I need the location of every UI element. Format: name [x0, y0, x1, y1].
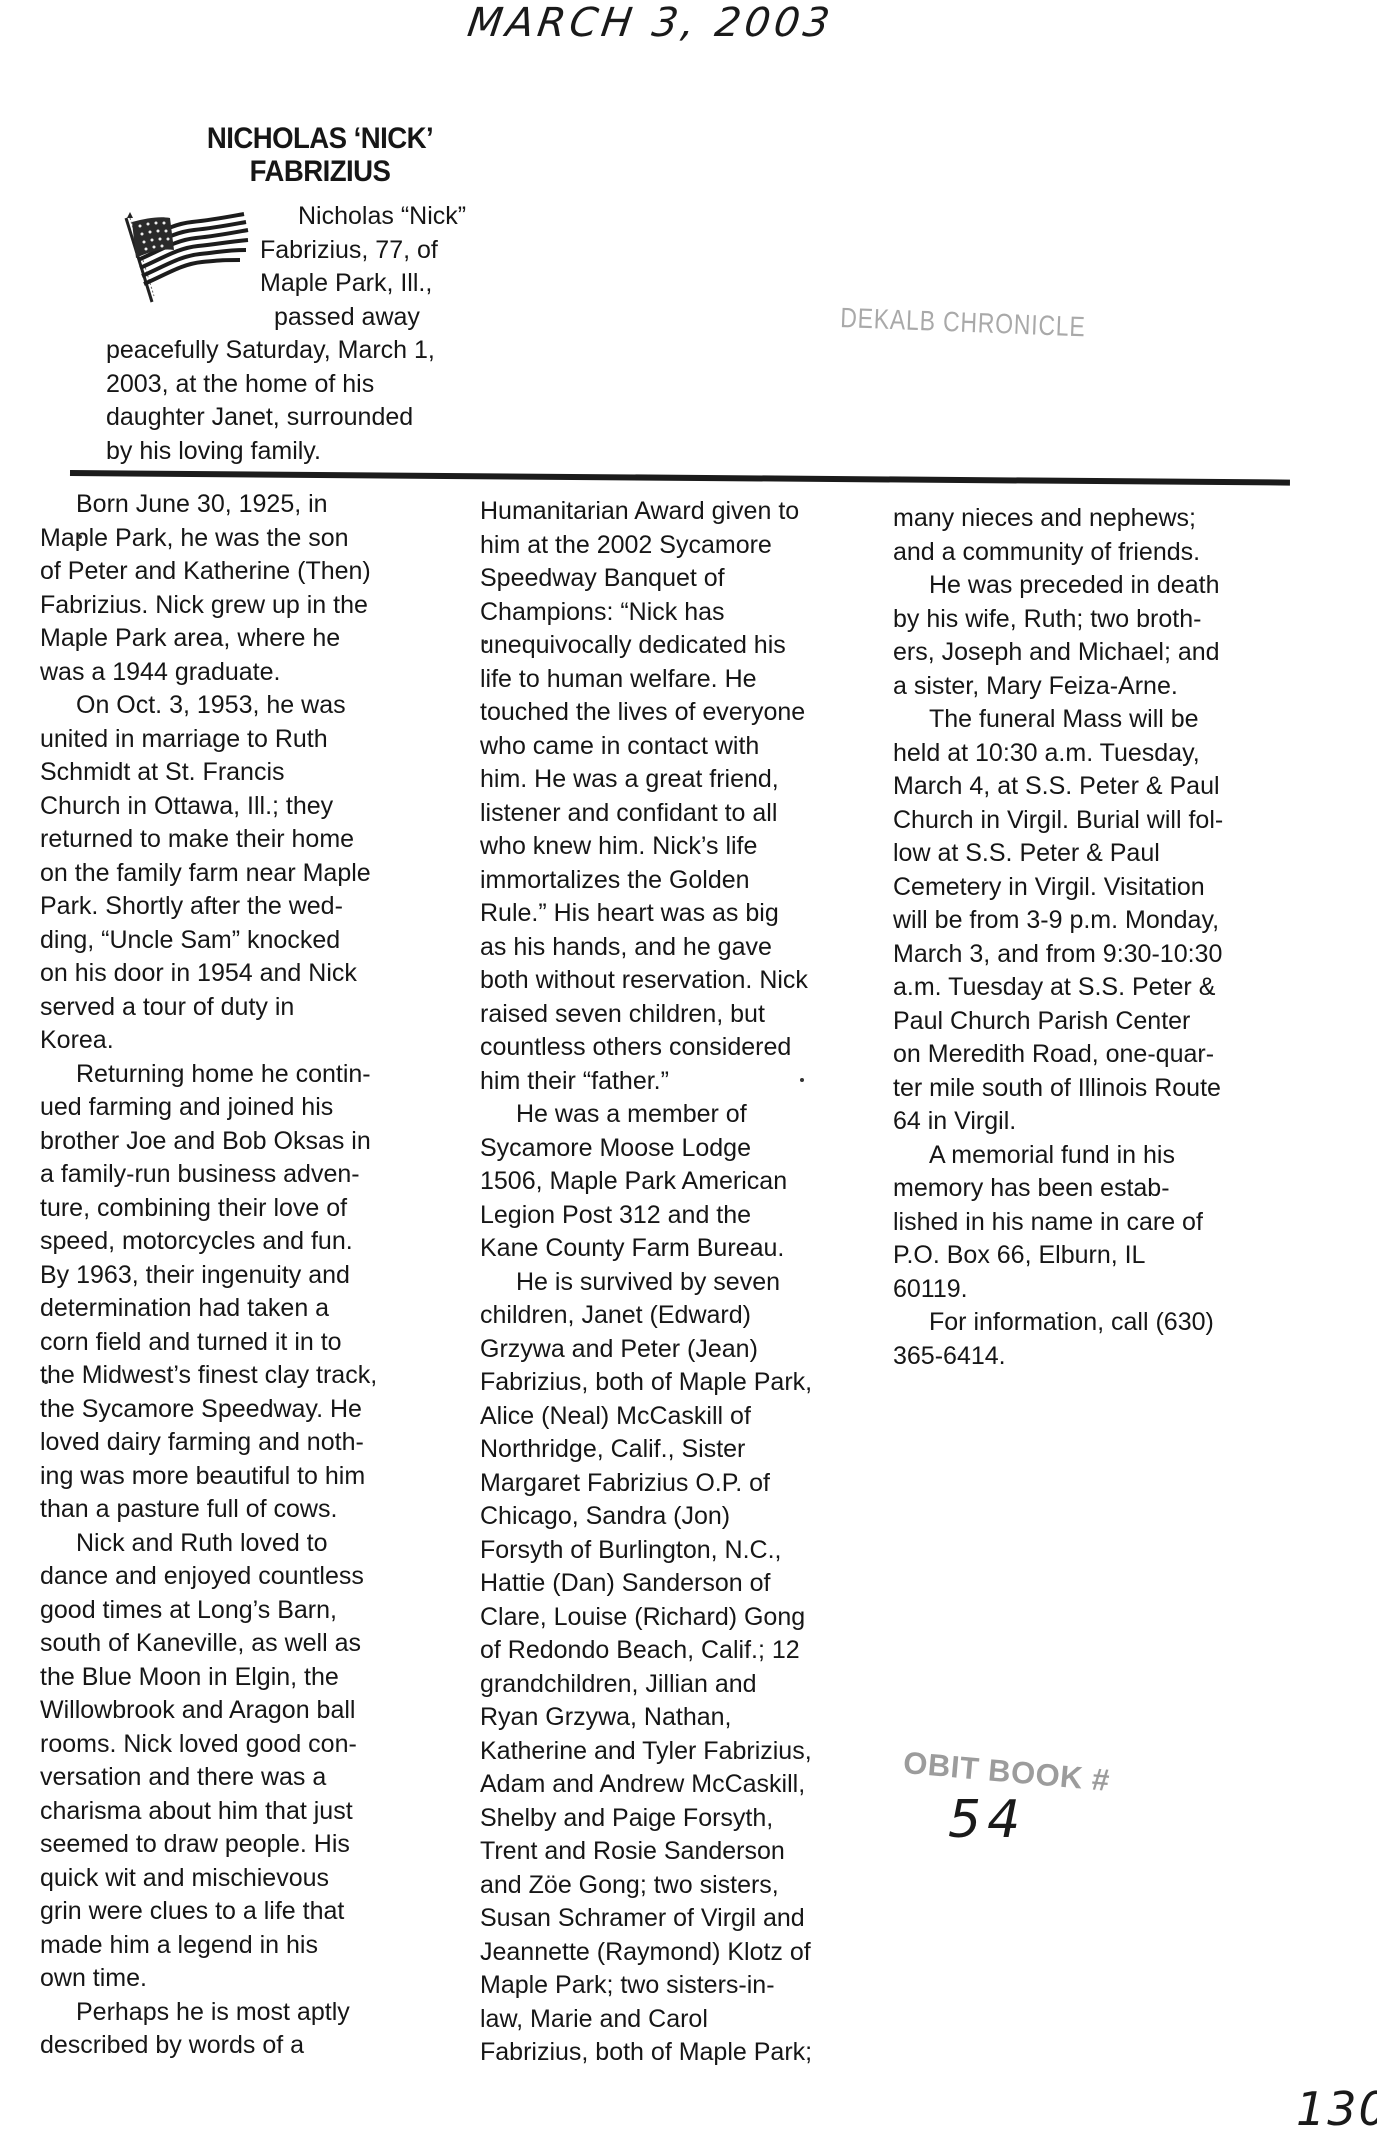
article-text-line: lished in his name in care of — [893, 1206, 1223, 1240]
article-text-line: made him a legend in his — [40, 1929, 377, 1963]
article-text-line: than a pasture full of cows. — [40, 1493, 377, 1527]
article-text-line: immortalizes the Golden — [480, 864, 812, 898]
article-text-line: By 1963, their ingenuity and — [40, 1259, 377, 1293]
article-text-line: Humanitarian Award given to — [480, 495, 812, 529]
article-text-line: 1506, Maple Park American — [480, 1165, 812, 1199]
article-text-line: the Midwest’s finest clay track, — [40, 1359, 377, 1393]
article-text-line: own time. — [40, 1962, 377, 1996]
article-text-line: served a tour of duty in — [40, 991, 377, 1025]
article-text-line: Forsyth of Burlington, N.C., — [480, 1534, 812, 1568]
lede-line: passed away — [260, 301, 466, 335]
lede-indented-lines: Nicholas “Nick” Fabrizius, 77, of Maple … — [260, 200, 466, 334]
lede-line: by his loving family. — [106, 435, 435, 469]
article-text-line: Born June 30, 1925, in — [40, 488, 377, 522]
article-text-line: ding, “Uncle Sam” knocked — [40, 924, 377, 958]
article-text-line: Fabrizius, both of Maple Park; — [480, 2036, 812, 2070]
article-text-line: On Oct. 3, 1953, he was — [40, 689, 377, 723]
lede-line: daughter Janet, surrounded — [106, 401, 435, 435]
article-text-line: described by words of a — [40, 2029, 377, 2063]
article-text-line: Chicago, Sandra (Jon) — [480, 1500, 812, 1534]
article-text-line: Fabrizius, both of Maple Park, — [480, 1366, 812, 1400]
body-column-2: Humanitarian Award given tohim at the 20… — [480, 495, 812, 2070]
article-text-line: children, Janet (Edward) — [480, 1299, 812, 1333]
article-text-line: grandchildren, Jillian and — [480, 1668, 812, 1702]
article-text-line: ture, combining their love of — [40, 1192, 377, 1226]
article-text-line: Margaret Fabrizius O.P. of — [480, 1467, 812, 1501]
article-text-line: Susan Schramer of Virgil and — [480, 1902, 812, 1936]
article-text-line: many nieces and nephews; — [893, 502, 1223, 536]
article-text-line: both without reservation. Nick — [480, 964, 812, 998]
article-text-line: and a community of friends. — [893, 536, 1223, 570]
article-text-line: Cemetery in Virgil. Visitation — [893, 871, 1223, 905]
article-text-line: on Meredith Road, one-quar- — [893, 1038, 1223, 1072]
article-text-line: Returning home he contin- — [40, 1058, 377, 1092]
article-text-line: Church in Virgil. Burial will fol- — [893, 804, 1223, 838]
article-text-line: of Peter and Katherine (Then) — [40, 555, 377, 589]
article-text-line: Perhaps he is most aptly — [40, 1996, 377, 2030]
article-text-line: He was a member of — [480, 1098, 812, 1132]
article-text-line: March 3, and from 9:30-10:30 — [893, 938, 1223, 972]
article-text-line: who came in contact with — [480, 730, 812, 764]
article-text-line: life to human welfare. He — [480, 663, 812, 697]
article-text-line: on the family farm near Maple — [40, 857, 377, 891]
article-text-line: Park. Shortly after the wed- — [40, 890, 377, 924]
article-text-line: him their “father.” — [480, 1065, 812, 1099]
scan-speck — [484, 640, 488, 644]
article-text-line: He is survived by seven — [480, 1266, 812, 1300]
article-text-line: a sister, Mary Feiza-Arne. — [893, 670, 1223, 704]
article-text-line: of Redondo Beach, Calif.; 12 — [480, 1634, 812, 1668]
article-text-line: dance and enjoyed countless — [40, 1560, 377, 1594]
article-text-line: 365-6414. — [893, 1340, 1223, 1374]
article-text-line: held at 10:30 a.m. Tuesday, — [893, 737, 1223, 771]
article-text-line: Northridge, Calif., Sister — [480, 1433, 812, 1467]
body-column-3: many nieces and nephews;and a community … — [893, 502, 1223, 1373]
article-text-line: Adam and Andrew McCaskill, — [480, 1768, 812, 1802]
body-column-1: Born June 30, 1925, inMaple Park, he was… — [40, 488, 377, 2063]
article-text-line: Hattie (Dan) Sanderson of — [480, 1567, 812, 1601]
article-text-line: Schmidt at St. Francis — [40, 756, 377, 790]
article-text-line: a family-run business adven- — [40, 1158, 377, 1192]
article-text-line: Champions: “Nick has — [480, 596, 812, 630]
article-text-line: ter mile south of Illinois Route — [893, 1072, 1223, 1106]
article-text-line: grin were clues to a life that — [40, 1895, 377, 1929]
article-text-line: He was preceded in death — [893, 569, 1223, 603]
article-text-line: quick wit and mischievous — [40, 1862, 377, 1896]
article-text-line: the Sycamore Speedway. He — [40, 1393, 377, 1427]
article-text-line: Kane County Farm Bureau. — [480, 1232, 812, 1266]
lede-line: Maple Park, Ill., — [260, 267, 466, 301]
article-text-line: countless others considered — [480, 1031, 812, 1065]
article-text-line: speed, motorcycles and fun. — [40, 1225, 377, 1259]
article-text-line: law, Marie and Carol — [480, 2003, 812, 2037]
article-text-line: a.m. Tuesday at S.S. Peter & — [893, 971, 1223, 1005]
lede-line: peacefully Saturday, March 1, — [106, 334, 435, 368]
article-text-line: Clare, Louise (Richard) Gong — [480, 1601, 812, 1635]
article-text-line: P.O. Box 66, Elburn, IL — [893, 1239, 1223, 1273]
article-text-line: Maple Park area, where he — [40, 622, 377, 656]
article-text-line: by his wife, Ruth; two broth- — [893, 603, 1223, 637]
scan-speck — [44, 1380, 48, 1384]
article-text-line: brother Joe and Bob Oksas in — [40, 1125, 377, 1159]
headline-line-2: FABRIZIUS — [164, 155, 477, 188]
article-text-line: 60119. — [893, 1273, 1223, 1307]
article-text-line: Maple Park; two sisters-in- — [480, 1969, 812, 2003]
article-text-line: Katherine and Tyler Fabrizius, — [480, 1735, 812, 1769]
article-text-line: memory has been estab- — [893, 1172, 1223, 1206]
article-text-line: ued farming and joined his — [40, 1091, 377, 1125]
obit-book-number: 54 — [948, 1790, 1026, 1850]
lede-line: Nicholas “Nick” — [260, 200, 466, 234]
article-text-line: Korea. — [40, 1024, 377, 1058]
article-text-line: ing was more beautiful to him — [40, 1460, 377, 1494]
article-text-line: Willowbrook and Aragon ball — [40, 1694, 377, 1728]
lede-line: 2003, at the home of his — [106, 368, 435, 402]
article-text-line: seemed to draw people. His — [40, 1828, 377, 1862]
article-text-line: who knew him. Nick’s life — [480, 830, 812, 864]
article-text-line: A memorial fund in his — [893, 1139, 1223, 1173]
article-text-line: Church in Ottawa, Ill.; they — [40, 790, 377, 824]
article-text-line: returned to make their home — [40, 823, 377, 857]
article-text-line: charisma about him that just — [40, 1795, 377, 1829]
article-text-line: corn field and turned it in to — [40, 1326, 377, 1360]
article-text-line: rooms. Nick loved good con- — [40, 1728, 377, 1762]
scan-speck — [800, 1078, 804, 1082]
article-text-line: Sycamore Moose Lodge — [480, 1132, 812, 1166]
article-text-line: Ryan Grzywa, Nathan, — [480, 1701, 812, 1735]
article-text-line: versation and there was a — [40, 1761, 377, 1795]
article-text-line: as his hands, and he gave — [480, 931, 812, 965]
article-text-line: ers, Joseph and Michael; and — [893, 636, 1223, 670]
article-text-line: Grzywa and Peter (Jean) — [480, 1333, 812, 1367]
article-text-line: Legion Post 312 and the — [480, 1199, 812, 1233]
american-flag-icon — [122, 204, 252, 304]
source-stamp: DEKALB CHRONICLE — [840, 302, 1086, 343]
article-text-line: Jeannette (Raymond) Klotz of — [480, 1936, 812, 1970]
article-text-line: him. He was a great friend, — [480, 763, 812, 797]
article-text-line: unequivocally dedicated his — [480, 629, 812, 663]
article-text-line: raised seven children, but — [480, 998, 812, 1032]
lede-full-lines: peacefully Saturday, March 1, 2003, at t… — [106, 334, 435, 468]
article-text-line: For information, call (630) — [893, 1306, 1223, 1340]
article-text-line: loved dairy farming and noth- — [40, 1426, 377, 1460]
headline-line-1: NICHOLAS ‘NICK’ — [164, 122, 477, 155]
article-text-line: the Blue Moon in Elgin, the — [40, 1661, 377, 1695]
article-text-line: Nick and Ruth loved to — [40, 1527, 377, 1561]
article-text-line: good times at Long’s Barn, — [40, 1594, 377, 1628]
section-divider-rule — [70, 470, 1290, 486]
article-text-line: listener and confidant to all — [480, 797, 812, 831]
article-text-line: Alice (Neal) McCaskill of — [480, 1400, 812, 1434]
handwritten-date: MARCH 3, 2003 — [465, 0, 837, 46]
article-text-line: him at the 2002 Sycamore — [480, 529, 812, 563]
lede-line: Fabrizius, 77, of — [260, 234, 466, 268]
article-text-line: was a 1944 graduate. — [40, 656, 377, 690]
article-text-line: touched the lives of everyone — [480, 696, 812, 730]
article-text-line: united in marriage to Ruth — [40, 723, 377, 757]
page-number: 130 — [1296, 2082, 1377, 2136]
scan-speck — [78, 535, 82, 539]
article-text-line: will be from 3-9 p.m. Monday, — [893, 904, 1223, 938]
article-text-line: The funeral Mass will be — [893, 703, 1223, 737]
article-text-line: determination had taken a — [40, 1292, 377, 1326]
article-text-line: Paul Church Parish Center — [893, 1005, 1223, 1039]
article-text-line: on his door in 1954 and Nick — [40, 957, 377, 991]
article-text-line: and Zöe Gong; two sisters, — [480, 1869, 812, 1903]
article-text-line: Fabrizius. Nick grew up in the — [40, 589, 377, 623]
article-text-line: Trent and Rosie Sanderson — [480, 1835, 812, 1869]
article-text-line: Maple Park, he was the son — [40, 522, 377, 556]
article-text-line: Shelby and Paige Forsyth, — [480, 1802, 812, 1836]
article-text-line: low at S.S. Peter & Paul — [893, 837, 1223, 871]
obituary-headline: NICHOLAS ‘NICK’ FABRIZIUS — [164, 122, 477, 188]
article-text-line: March 4, at S.S. Peter & Paul — [893, 770, 1223, 804]
article-text-line: south of Kaneville, as well as — [40, 1627, 377, 1661]
article-text-line: Rule.” His heart was as big — [480, 897, 812, 931]
article-text-line: Speedway Banquet of — [480, 562, 812, 596]
article-text-line: 64 in Virgil. — [893, 1105, 1223, 1139]
